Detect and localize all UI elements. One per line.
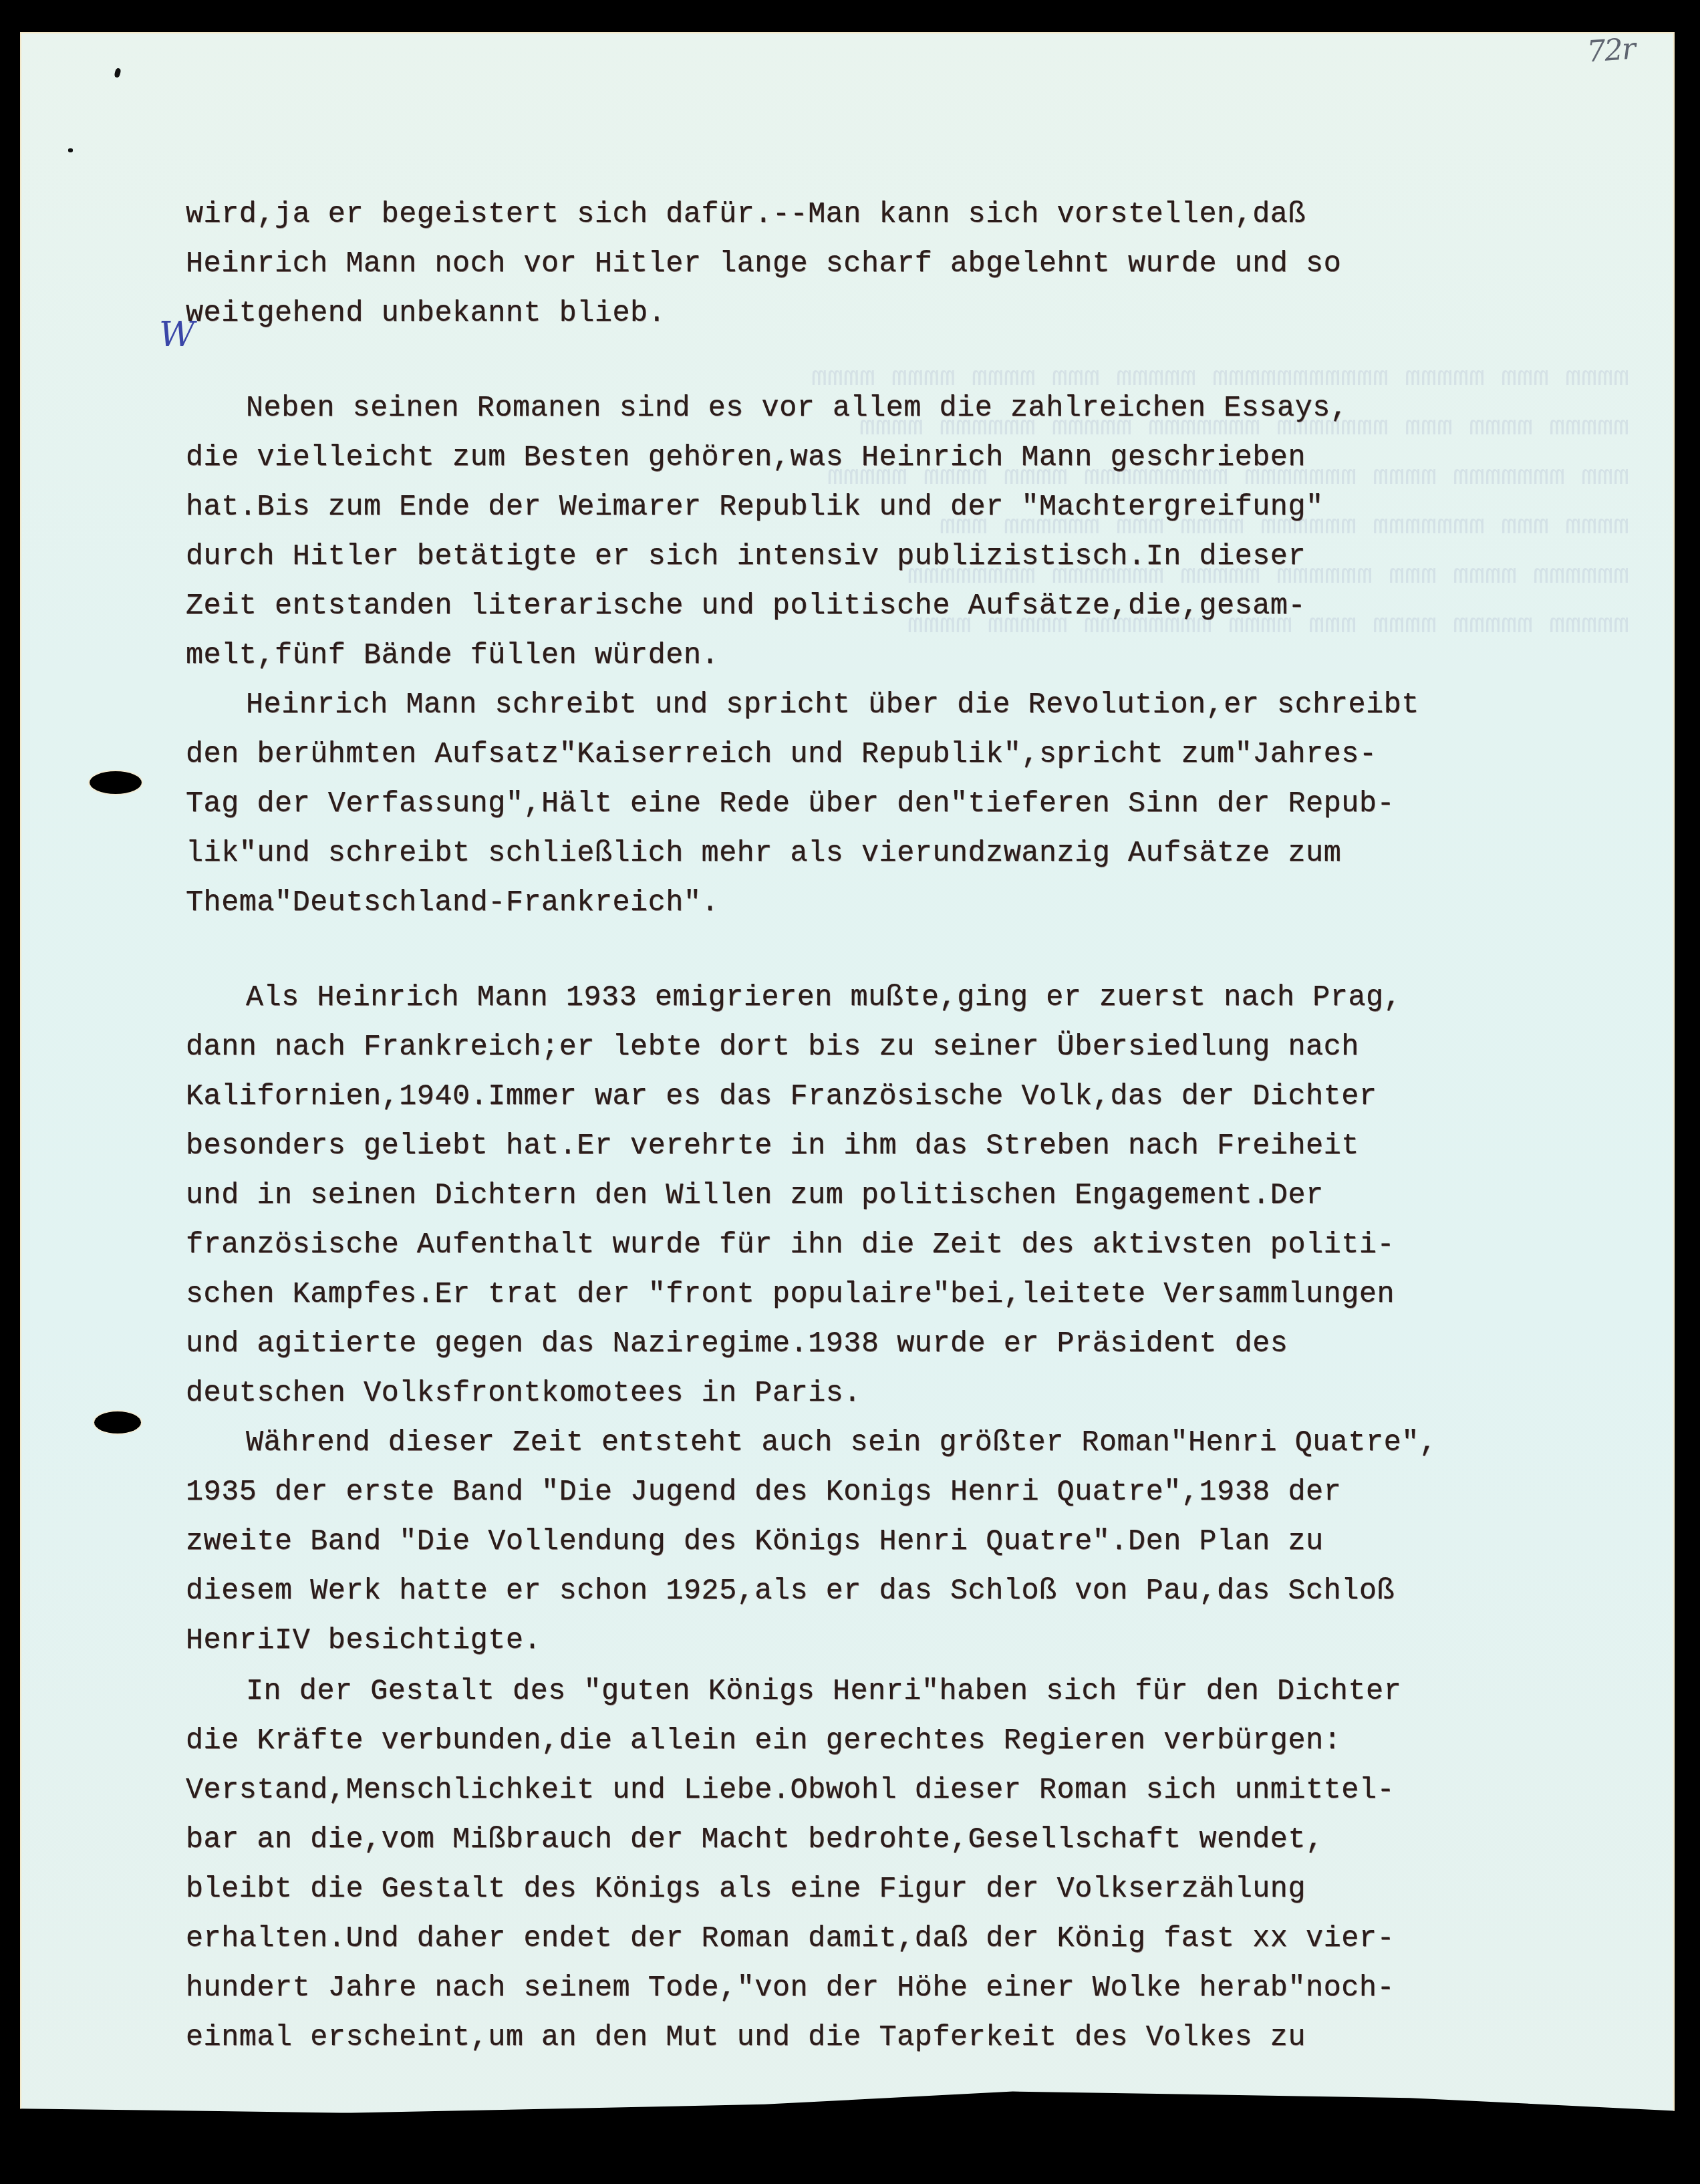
folio-number: 72r <box>1586 32 1635 70</box>
text-line: die vielleicht zum Besten gehören,was He… <box>186 444 1306 473</box>
text-line: melt,fünf Bände füllen würden. <box>186 642 719 671</box>
text-line: Heinrich Mann noch vor Hitler lange scha… <box>186 250 1341 279</box>
text-line: französische Aufenthalt wurde für ihn di… <box>186 1231 1395 1260</box>
text-line: hundert Jahre nach seinem Tode,"von der … <box>186 1974 1395 2004</box>
text-line: und agitierte gegen das Naziregime.1938 … <box>186 1330 1288 1359</box>
text-line: Verstand,Menschlichkeit und Liebe.Obwohl… <box>186 1776 1395 1806</box>
text-line: und in seinen Dichtern den Willen zum po… <box>186 1182 1324 1211</box>
text-line: erhalten.Und daher endet der Roman damit… <box>186 1925 1395 1954</box>
text-line: In der Gestalt des "guten Königs Henri"h… <box>246 1677 1401 1707</box>
text-line: HenriIV besichtigte. <box>186 1627 541 1656</box>
text-line: Thema"Deutschland-Frankreich". <box>186 889 719 918</box>
text-line: zweite Band "Die Vollendung des Königs H… <box>186 1528 1324 1557</box>
text-line: bleibt die Gestalt des Königs als eine F… <box>186 1875 1306 1905</box>
text-line: Neben seinen Romanen sind es vor allem d… <box>246 394 1348 424</box>
text-line: besonders geliebt hat.Er verehrte in ihm… <box>186 1132 1359 1162</box>
text-line: einmal erscheint,um an den Mut und die T… <box>186 2024 1306 2053</box>
text-line: lik"und schreibt schließlich mehr als vi… <box>186 839 1341 869</box>
text-line: durch Hitler betätigte er sich intensiv … <box>186 543 1306 572</box>
handwritten-margin-correction: W <box>159 315 194 355</box>
text-line: Zeit entstanden literarische und politis… <box>186 592 1306 622</box>
text-line: schen Kampfes.Er trat der "front populai… <box>186 1280 1395 1310</box>
text-line: wird,ja er begeistert sich dafür.--Man k… <box>186 200 1306 230</box>
text-line: Kalifornien,1940.Immer war es das Franzö… <box>186 1083 1377 1112</box>
text-line: Während dieser Zeit entsteht auch sein g… <box>246 1429 1437 1458</box>
text-line: 1935 der erste Band "Die Jugend des Koni… <box>186 1478 1341 1508</box>
text-line: diesem Werk hatte er schon 1925,als er d… <box>186 1577 1395 1607</box>
text-line: Als Heinrich Mann 1933 emigrieren mußte,… <box>246 984 1401 1013</box>
text-line: den berühmten Aufsatz"Kaiserreich und Re… <box>186 740 1377 770</box>
text-line: deutschen Volksfrontkomotees in Paris. <box>186 1379 861 1409</box>
text-line: weitgehend unbekannt blieb. <box>186 299 666 329</box>
punch-hole-lower <box>94 1411 141 1434</box>
text-line: Tag der Verfassung",Hält eine Rede über … <box>186 790 1395 819</box>
text-line: hat.Bis zum Ende der Weimarer Republik u… <box>186 493 1324 523</box>
text-line: die Kräfte verbunden,die allein ein gere… <box>186 1727 1341 1756</box>
punch-hole-upper <box>90 771 142 794</box>
text-line: dann nach Frankreich;er lebte dort bis z… <box>186 1033 1359 1063</box>
ink-speck <box>68 148 73 152</box>
text-line: Heinrich Mann schreibt und spricht über … <box>246 691 1419 720</box>
text-line: bar an die,vom Mißbrauch der Macht bedro… <box>186 1826 1324 1855</box>
